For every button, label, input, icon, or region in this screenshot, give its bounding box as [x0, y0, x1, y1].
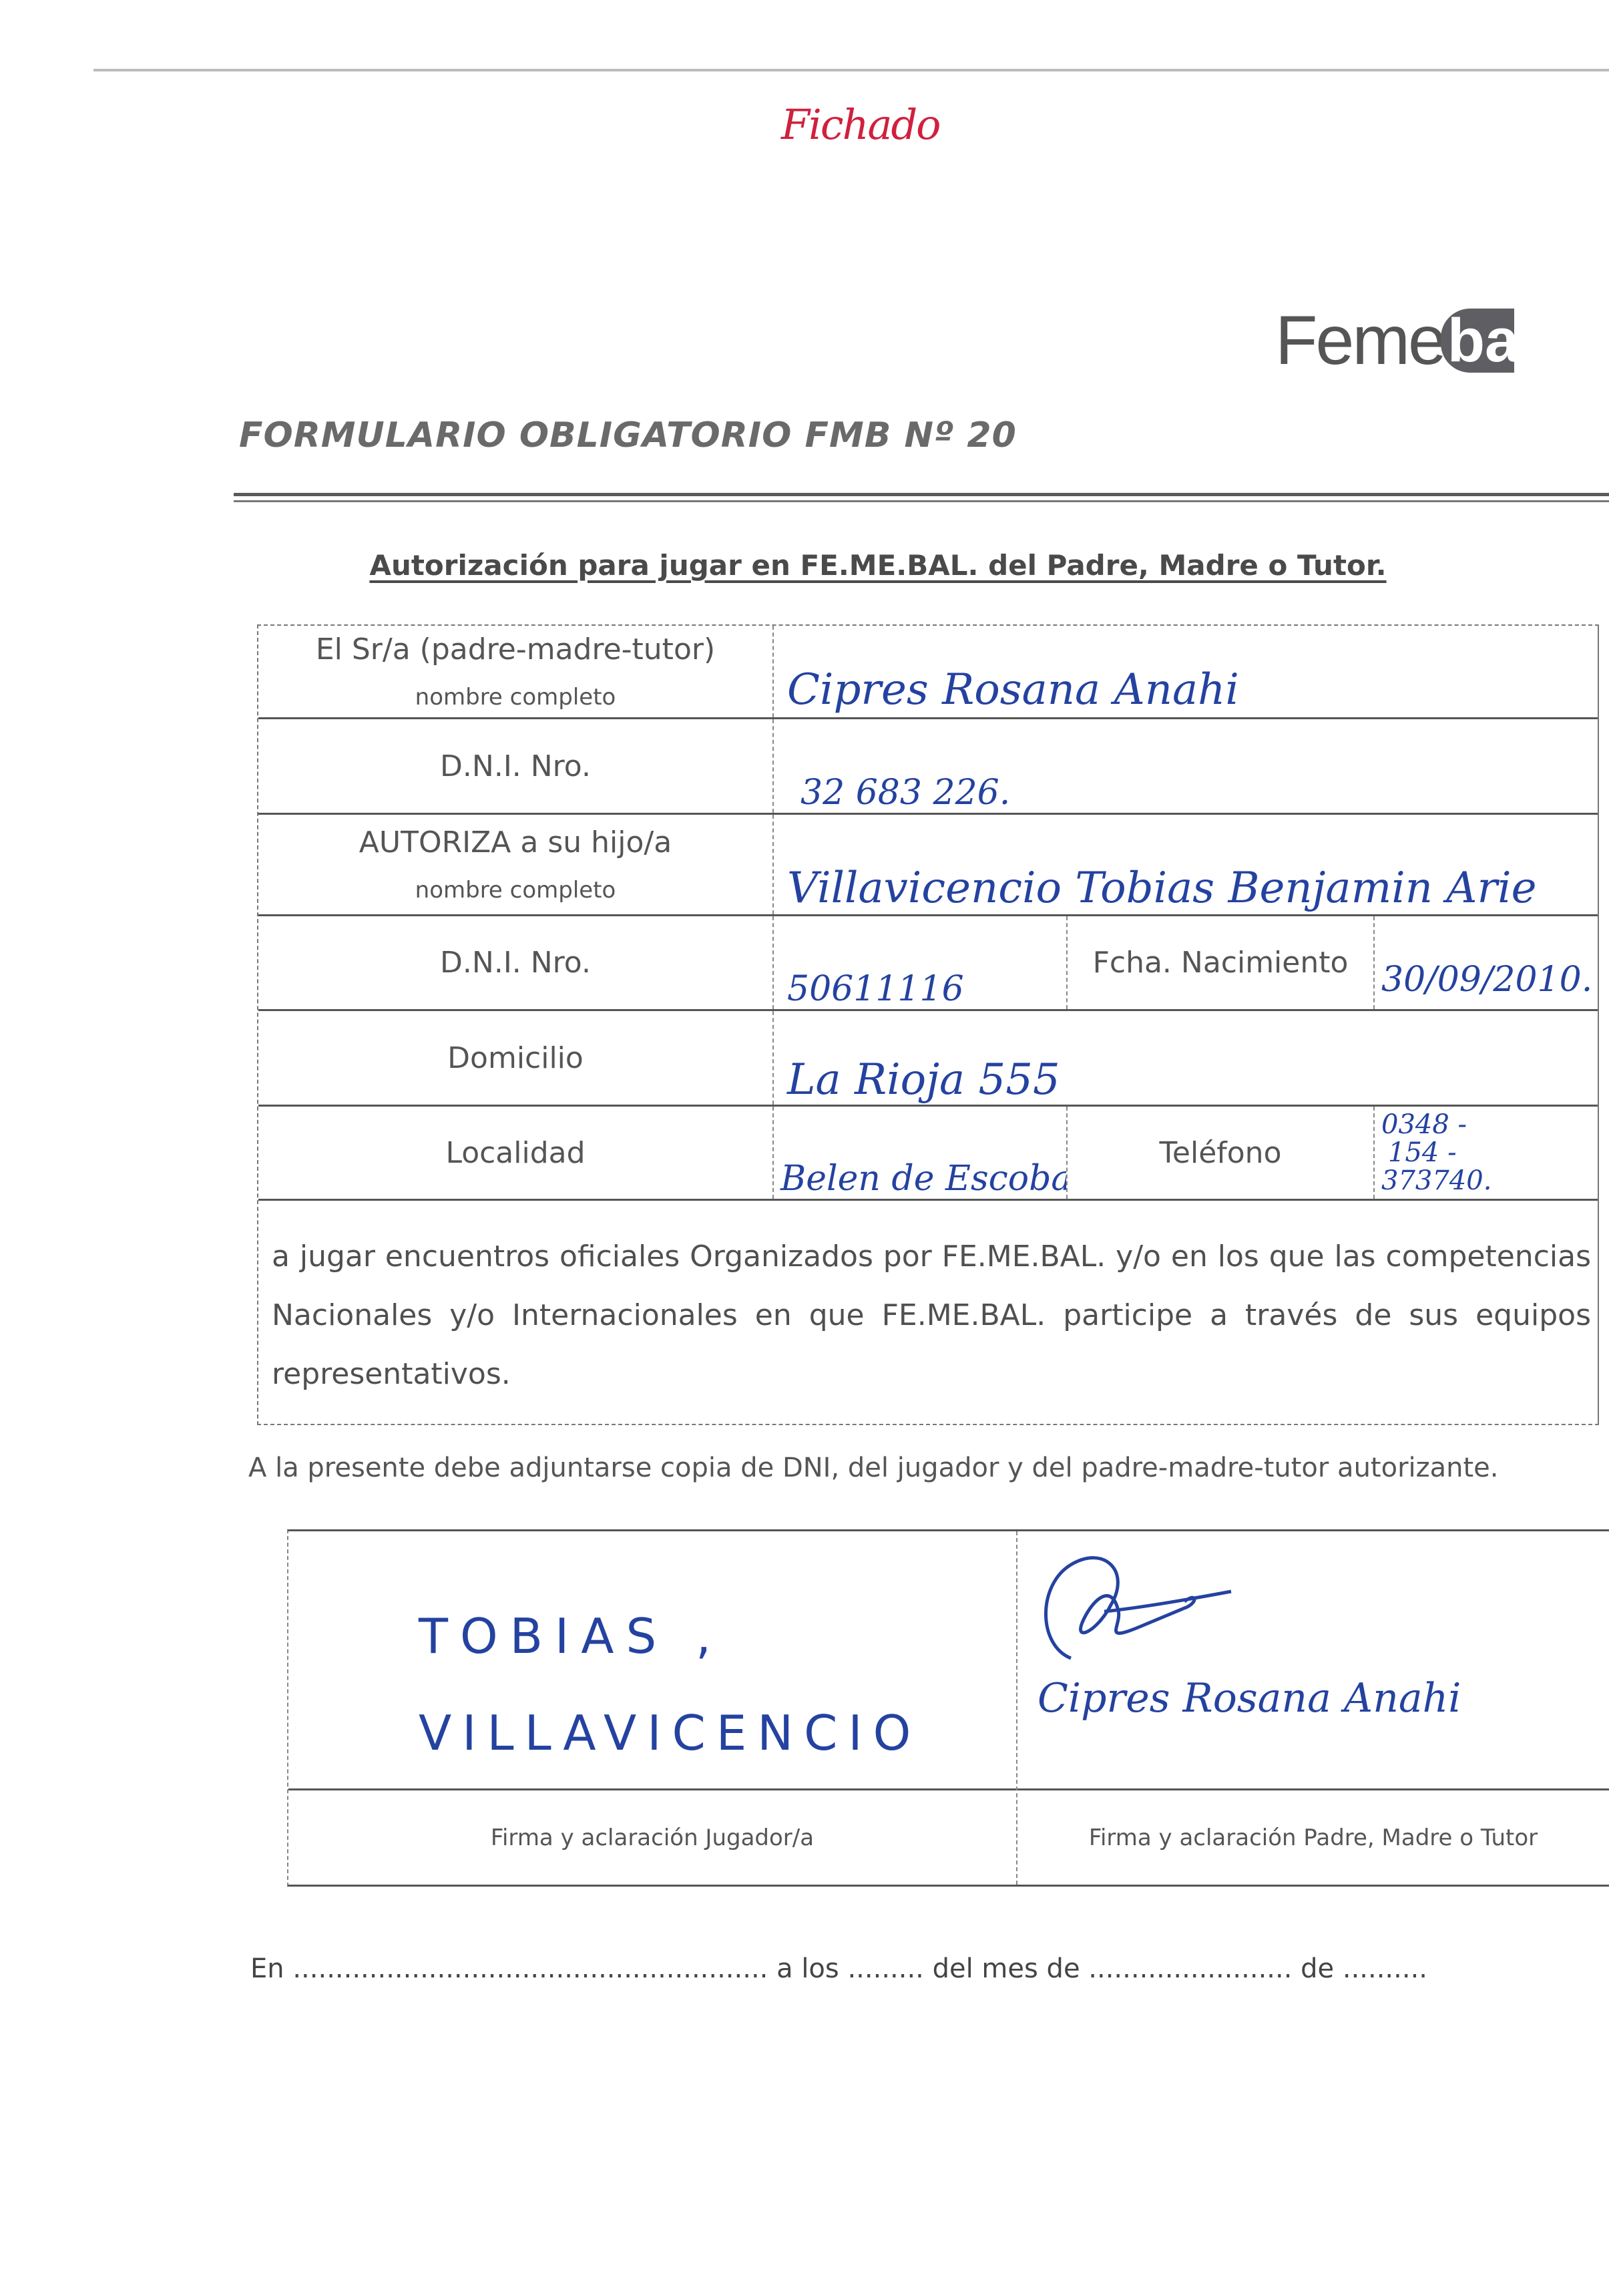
- player-signature-caption: Firma y aclaración Jugador/a: [288, 1790, 1016, 1885]
- player-signature-field[interactable]: TOBIAS , VILLAVICENCIO: [288, 1531, 1016, 1790]
- parent-sublabel: nombre completo: [415, 684, 616, 711]
- parent-name-field[interactable]: Cipres Rosana Anahi: [774, 626, 1598, 717]
- child-dni-value: 50611116: [787, 969, 964, 1009]
- address-value: La Rioja 555: [787, 1055, 1060, 1105]
- parent-dni-row: D.N.I. Nro. 32 683 226.: [258, 719, 1598, 815]
- femebal-logo: Feme ba: [1275, 304, 1514, 377]
- parent-signature-caption: Firma y aclaración Padre, Madre o Tutor: [1017, 1790, 1609, 1885]
- parent-signature-field[interactable]: Cipres Rosana Anahi: [1017, 1531, 1609, 1790]
- parent-name-value: Cipres Rosana Anahi: [787, 665, 1239, 715]
- child-name-value: Villavicencio Tobias Benjamin Arie: [787, 864, 1536, 913]
- parent-signature-scribble: [1031, 1545, 1271, 1678]
- address-row: Domicilio La Rioja 555: [258, 1011, 1598, 1107]
- phone-line-2: 154 -: [1381, 1139, 1457, 1167]
- authorization-table: El Sr/a (padre-madre-tutor) nombre compl…: [257, 624, 1599, 1425]
- city-label: Localidad: [258, 1107, 774, 1199]
- birth-date-value: 30/09/2010.: [1381, 960, 1592, 1000]
- phone-line-3: 373740.: [1381, 1167, 1491, 1195]
- subtitle-text: Autorización para jugar en FE.ME.BAL. de…: [369, 549, 1386, 582]
- child-dni-field[interactable]: 50611116: [774, 916, 1068, 1009]
- city-field[interactable]: Belen de Escobar: [774, 1107, 1068, 1199]
- child-label: AUTORIZA a su hijo/a: [359, 825, 672, 859]
- phone-field[interactable]: 0348 - 154 - 373740.: [1375, 1107, 1598, 1199]
- parent-dni-value: 32 683 226.: [800, 773, 1010, 813]
- parent-dni-label: D.N.I. Nro.: [258, 719, 774, 813]
- parent-signature-column: Cipres Rosana Anahi Firma y aclaración P…: [1017, 1531, 1609, 1885]
- address-label: Domicilio: [258, 1011, 774, 1105]
- child-label-cell: AUTORIZA a su hijo/a nombre completo: [258, 815, 774, 914]
- phone-line-1: 0348 -: [1381, 1111, 1467, 1139]
- city-phone-row: Localidad Belen de Escobar Teléfono 0348…: [258, 1107, 1598, 1201]
- logo-text: Feme: [1275, 306, 1445, 375]
- attachment-note: A la presente debe adjuntarse copia de D…: [248, 1453, 1499, 1483]
- parent-label: El Sr/a (padre-madre-tutor): [316, 632, 715, 666]
- child-name-row: AUTORIZA a su hijo/a nombre completo Vil…: [258, 815, 1598, 916]
- logo-badge: ba: [1441, 309, 1514, 373]
- parent-dni-field[interactable]: 32 683 226.: [774, 719, 1598, 813]
- birth-date-field[interactable]: 30/09/2010.: [1375, 916, 1598, 1009]
- parent-signature-name: Cipres Rosana Anahi: [1038, 1675, 1461, 1722]
- signature-table: TOBIAS , VILLAVICENCIO Firma y aclaració…: [287, 1529, 1609, 1887]
- player-signature-line2: VILLAVICENCIO: [419, 1705, 921, 1761]
- place-date-line[interactable]: En .....................................…: [250, 1953, 1427, 1984]
- top-rule: [93, 69, 1609, 71]
- address-field[interactable]: La Rioja 555: [774, 1011, 1598, 1105]
- parent-name-row: El Sr/a (padre-madre-tutor) nombre compl…: [258, 626, 1598, 719]
- city-value: Belen de Escobar: [780, 1159, 1068, 1199]
- child-name-field[interactable]: Villavicencio Tobias Benjamin Arie: [774, 815, 1598, 914]
- player-signature-line1: TOBIAS ,: [419, 1608, 723, 1664]
- child-dni-label: D.N.I. Nro.: [258, 916, 774, 1009]
- logo-badge-text: ba: [1447, 310, 1519, 371]
- authorization-paragraph: a jugar encuentros oficiales Organizados…: [258, 1201, 1598, 1424]
- phone-label: Teléfono: [1068, 1107, 1375, 1199]
- birth-date-label: Fcha. Nacimiento: [1068, 916, 1375, 1009]
- player-signature-column: TOBIAS , VILLAVICENCIO Firma y aclaració…: [288, 1531, 1017, 1885]
- title-double-rule: [234, 493, 1609, 502]
- form-subtitle: Autorización para jugar en FE.ME.BAL. de…: [0, 549, 1609, 582]
- form-title: FORMULARIO OBLIGATORIO FMB Nº 20: [239, 415, 1017, 455]
- fichado-stamp: Fichado: [781, 100, 939, 149]
- child-dni-row: D.N.I. Nro. 50611116 Fcha. Nacimiento 30…: [258, 916, 1598, 1011]
- parent-label-cell: El Sr/a (padre-madre-tutor) nombre compl…: [258, 626, 774, 717]
- child-sublabel: nombre completo: [415, 877, 616, 904]
